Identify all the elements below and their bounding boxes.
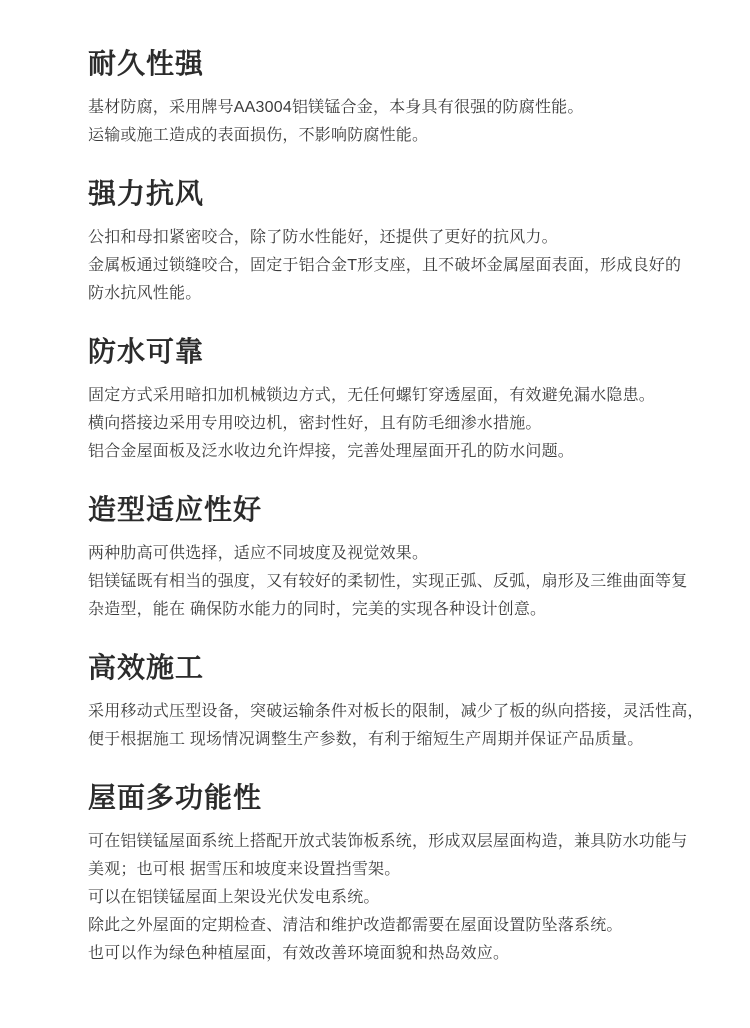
body-line: 金属板通过锁缝咬合，固定于铝合金T形支座，且不破坏金属屋面表面，形成良好的	[88, 252, 690, 280]
section-heading-durability: 耐久性强	[88, 44, 690, 84]
body-line: 横向搭接边采用专用咬边机，密封性好，且有防毛细渗水措施。	[88, 410, 690, 438]
body-line: 采用移动式压型设备，突破运输条件对板长的限制，减少了板的纵向搭接，灵活性高，	[88, 698, 690, 726]
section-heading-efficient-construction: 高效施工	[88, 648, 690, 688]
body-line: 美观；也可根 据雪压和坡度来设置挡雪架。	[88, 856, 690, 884]
section-wind-resistance: 强力抗风 公扣和母扣紧密咬合，除了防水性能好，还提供了更好的抗风力。 金属板通过…	[88, 174, 690, 308]
section-durability: 耐久性强 基材防腐，采用牌号AA3004铝镁锰合金，本身具有很强的防腐性能。 运…	[88, 44, 690, 150]
body-line: 固定方式采用暗扣加机械锁边方式，无任何螺钉穿透屋面，有效避免漏水隐患。	[88, 382, 690, 410]
body-line: 也可以作为绿色种植屋面，有效改善环境面貌和热岛效应。	[88, 940, 690, 968]
section-shape-adaptability: 造型适应性好 两种肋高可供选择，适应不同坡度及视觉效果。 铝镁锰既有相当的强度，…	[88, 490, 690, 624]
body-line: 防水抗风性能。	[88, 280, 690, 308]
body-line: 除此之外屋面的定期检查、清洁和维护改造都需要在屋面设置防坠落系统。	[88, 912, 690, 940]
body-line: 两种肋高可供选择，适应不同坡度及视觉效果。	[88, 540, 690, 568]
section-efficient-construction: 高效施工 采用移动式压型设备，突破运输条件对板长的限制，减少了板的纵向搭接，灵活…	[88, 648, 690, 754]
body-line: 可在铝镁锰屋面系统上搭配开放式装饰板系统，形成双层屋面构造，兼具防水功能与	[88, 828, 690, 856]
section-heading-waterproof: 防水可靠	[88, 332, 690, 372]
section-roof-multifunction: 屋面多功能性 可在铝镁锰屋面系统上搭配开放式装饰板系统，形成双层屋面构造，兼具防…	[88, 778, 690, 968]
body-line: 公扣和母扣紧密咬合，除了防水性能好，还提供了更好的抗风力。	[88, 224, 690, 252]
body-line: 便于根据施工 现场情况调整生产参数，有利于缩短生产周期并保证产品质量。	[88, 726, 690, 754]
section-heading-roof-multifunction: 屋面多功能性	[88, 778, 690, 818]
body-line: 铝镁锰既有相当的强度，又有较好的柔韧性，实现正弧、反弧，扇形及三维曲面等复	[88, 568, 690, 596]
body-line: 杂造型，能在 确保防水能力的同时，完美的实现各种设计创意。	[88, 596, 690, 624]
section-heading-wind-resistance: 强力抗风	[88, 174, 690, 214]
body-line: 基材防腐，采用牌号AA3004铝镁锰合金，本身具有很强的防腐性能。	[88, 94, 690, 122]
section-heading-shape-adaptability: 造型适应性好	[88, 490, 690, 530]
body-line: 可以在铝镁锰屋面上架设光伏发电系统。	[88, 884, 690, 912]
document-page: 耐久性强 基材防腐，采用牌号AA3004铝镁锰合金，本身具有很强的防腐性能。 运…	[0, 0, 750, 1028]
body-line: 铝合金屋面板及泛水收边允许焊接，完善处理屋面开孔的防水问题。	[88, 438, 690, 466]
section-waterproof: 防水可靠 固定方式采用暗扣加机械锁边方式，无任何螺钉穿透屋面，有效避免漏水隐患。…	[88, 332, 690, 466]
body-line: 运输或施工造成的表面损伤，不影响防腐性能。	[88, 122, 690, 150]
